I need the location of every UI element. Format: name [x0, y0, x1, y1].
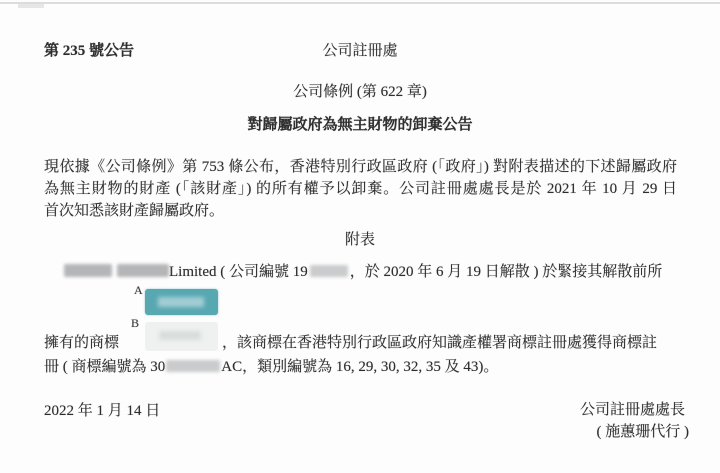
- dissolution-text: ，於 2020 年 6 月 19 日解散 ) 於緊接其解散前所: [350, 260, 663, 281]
- redacted-trademark-b-content: [159, 331, 201, 340]
- redacted-trademark-number: [166, 360, 220, 372]
- redacted-trademark-image-a: [145, 289, 218, 315]
- schedule-heading: 附表: [0, 228, 720, 249]
- registration-suffix-text: AC，類別編號為 16, 29, 30, 32, 35 及 43)。: [221, 355, 498, 376]
- trademark-label-b: B: [131, 316, 139, 331]
- registration-line: 冊 ( 商標編號為 30 AC，類別編號為 16, 29, 30, 32, 35…: [44, 356, 498, 375]
- company-suffix-text: Limited ( 公司編號 19: [169, 260, 308, 281]
- redacted-trademark-image-b: [145, 322, 218, 351]
- signature-title: 公司註冊處處長: [580, 398, 685, 419]
- signature-name: ( 施蕙珊代行 ): [597, 420, 690, 441]
- trademark-label-a: A: [134, 283, 143, 298]
- owned-suffix-text: ，該商標在香港特別行政區政府知識產權署商標註冊處獲得商標註: [222, 331, 657, 352]
- ordinance-line: 公司條例 (第 622 章): [0, 80, 720, 101]
- body-paragraph: 現依據《公司條例》第 753 條公布，香港特別行政區政府 (「政府」) 對附表描…: [44, 156, 677, 222]
- body-line-3: 首次知悉該財產歸屬政府。: [44, 200, 677, 222]
- redacted-company-name-part1: [64, 264, 112, 277]
- redacted-trademark-a-content: [158, 297, 204, 307]
- registry-name: 公司註冊處: [0, 39, 720, 60]
- registration-prefix-text: 冊 ( 商標編號為 30: [44, 355, 165, 376]
- scan-edge-line: [0, 2, 720, 4]
- redacted-company-number: [310, 265, 348, 277]
- redacted-company-name-part2: [117, 264, 169, 277]
- body-line-2: 為無主財物的財產 (「該財產」) 的所有權予以卸棄。公司註冊處處長是於 2021…: [44, 178, 677, 200]
- schedule-company-line: Limited ( 公司編號 19 ，於 2020 年 6 月 19 日解散 )…: [64, 261, 662, 280]
- owned-prefix-text: 擁有的商標: [44, 331, 119, 352]
- gazette-notice-page: 第 235 號公告 公司註冊處 公司條例 (第 622 章) 對歸屬政府為無主財…: [0, 0, 720, 473]
- body-line-1: 現依據《公司條例》第 753 條公布，香港特別行政區政府 (「政府」) 對附表描…: [44, 156, 677, 178]
- notice-title: 對歸屬政府為無主財物的卸棄公告: [0, 113, 720, 134]
- scan-smudge: [18, 4, 44, 8]
- notice-date: 2022 年 1 月 14 日: [44, 399, 160, 420]
